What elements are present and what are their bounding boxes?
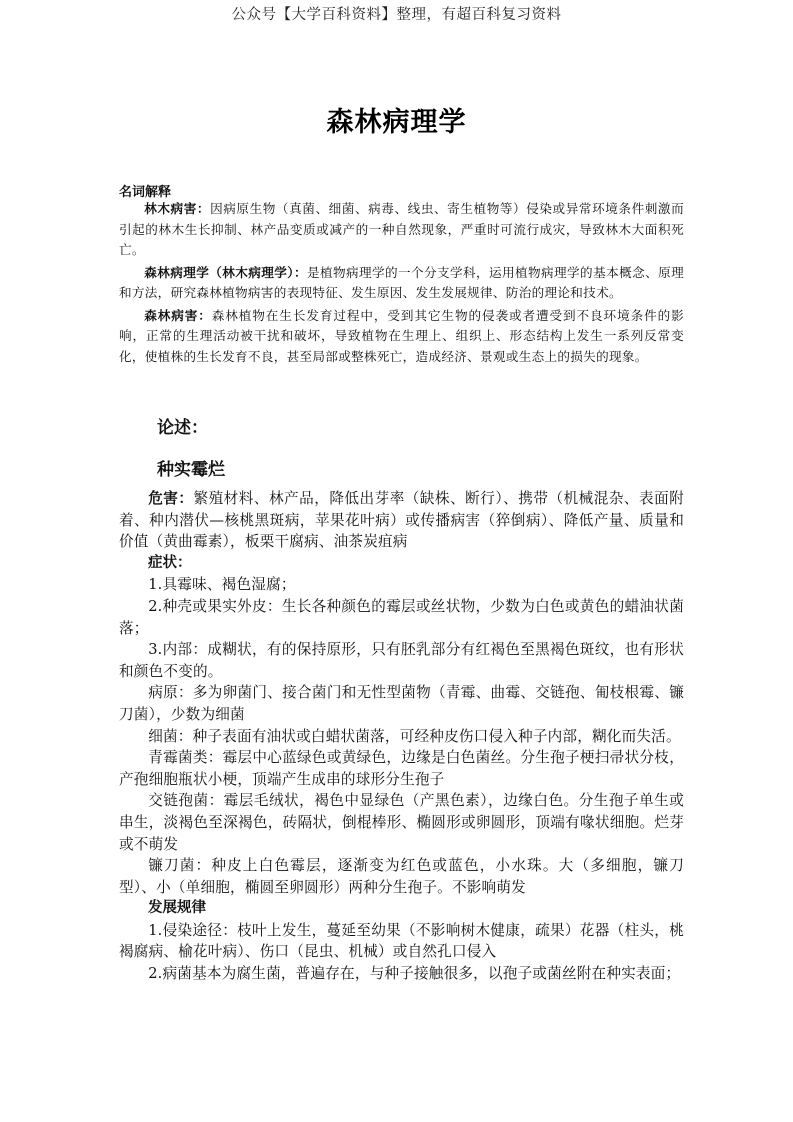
discussion-section: 危害：繁殖材料、林产品，降低出芽率（缺株、断行）、携带（机械混杂、表面附着、种内… [119, 488, 684, 985]
pathogen-paragraph: 病原：多为卵菌门、接合菌门和无性型菌物（青霉、曲霉、交链孢、匍枝根霉、镰刀菌），… [119, 682, 684, 725]
pathogen-paragraph: 青霉菌类：霉层中心蓝绿色或黄绿色，边缘是白色菌丝。分生孢子梗扫帚状分枝，产孢细胞… [119, 747, 684, 790]
symptom-item: 3.内部：成糊状，有的保持原形，只有胚乳部分有红褐色至黑褐色斑纹，也有形状和颜色… [119, 639, 684, 682]
pathogen-paragraph: 镰刀菌：种皮上白色霉层，逐渐变为红色或蓝色，小水珠。大（多细胞，镰刀型）、小（单… [119, 855, 684, 898]
pathogen-paragraph: 交链孢菌：霉层毛绒状，褐色中显绿色（产黑色素），边缘白色。分生孢子单生或串生，淡… [119, 790, 684, 855]
discussion-heading: 论述： [157, 413, 208, 438]
glossary-section: 林木病害：因病原生物（真菌、细菌、病毒、线虫、寄生植物等）侵染或异常环境条件刺激… [119, 199, 684, 367]
document-title: 森林病理学 [0, 100, 793, 139]
symptom-item: 1.具霉味、褐色湿腐； [119, 574, 684, 596]
header-note: 公众号【大学百科资料】整理，有超百科复习资料 [0, 3, 793, 24]
harm-text: 繁殖材料、林产品，降低出芽率（缺株、断行）、携带（机械混杂、表面附着、种内潜伏—… [119, 490, 684, 550]
glossary-term: 森林病害： [144, 308, 212, 323]
symptoms-label: 症状： [119, 553, 684, 575]
pathogen-paragraph: 细菌：种子表面有油状或白蜡状菌落，可经种皮伤口侵入种子内部，糊化而失活。 [119, 726, 684, 748]
glossary-heading: 名词解释 [119, 181, 171, 200]
glossary-item: 林木病害：因病原生物（真菌、细菌、病毒、线虫、寄生植物等）侵染或异常环境条件刺激… [119, 199, 684, 261]
glossary-item: 森林病理学（林木病理学）：是植物病理学的一个分支学科，运用植物病理学的基本概念、… [119, 263, 684, 304]
development-item: 1.侵染途径：枝叶上发生，蔓延至幼果（不影响树木健康，疏果）花器（柱头，桃褐腐病… [119, 920, 684, 963]
development-label: 发展规律 [119, 898, 684, 920]
harm-paragraph: 危害：繁殖材料、林产品，降低出芽率（缺株、断行）、携带（机械混杂、表面附着、种内… [119, 488, 684, 553]
symptom-item: 2.种壳或果实外皮：生长各种颜色的霉层或丝状物，少数为白色或黄色的蜡油状菌落； [119, 596, 684, 639]
topic-heading: 种实霉烂 [157, 455, 225, 480]
glossary-term: 林木病害： [144, 201, 210, 216]
glossary-term: 森林病理学（林木病理学）： [144, 265, 307, 280]
development-item: 2.病菌基本为腐生菌，普遍存在，与种子接触很多，以孢子或菌丝附在种实表面； [119, 963, 684, 985]
glossary-item: 森林病害：森林植物在生长发育过程中，受到其它生物的侵袭或者遭受到不良环境条件的影… [119, 306, 684, 368]
harm-label: 危害： [148, 490, 193, 507]
